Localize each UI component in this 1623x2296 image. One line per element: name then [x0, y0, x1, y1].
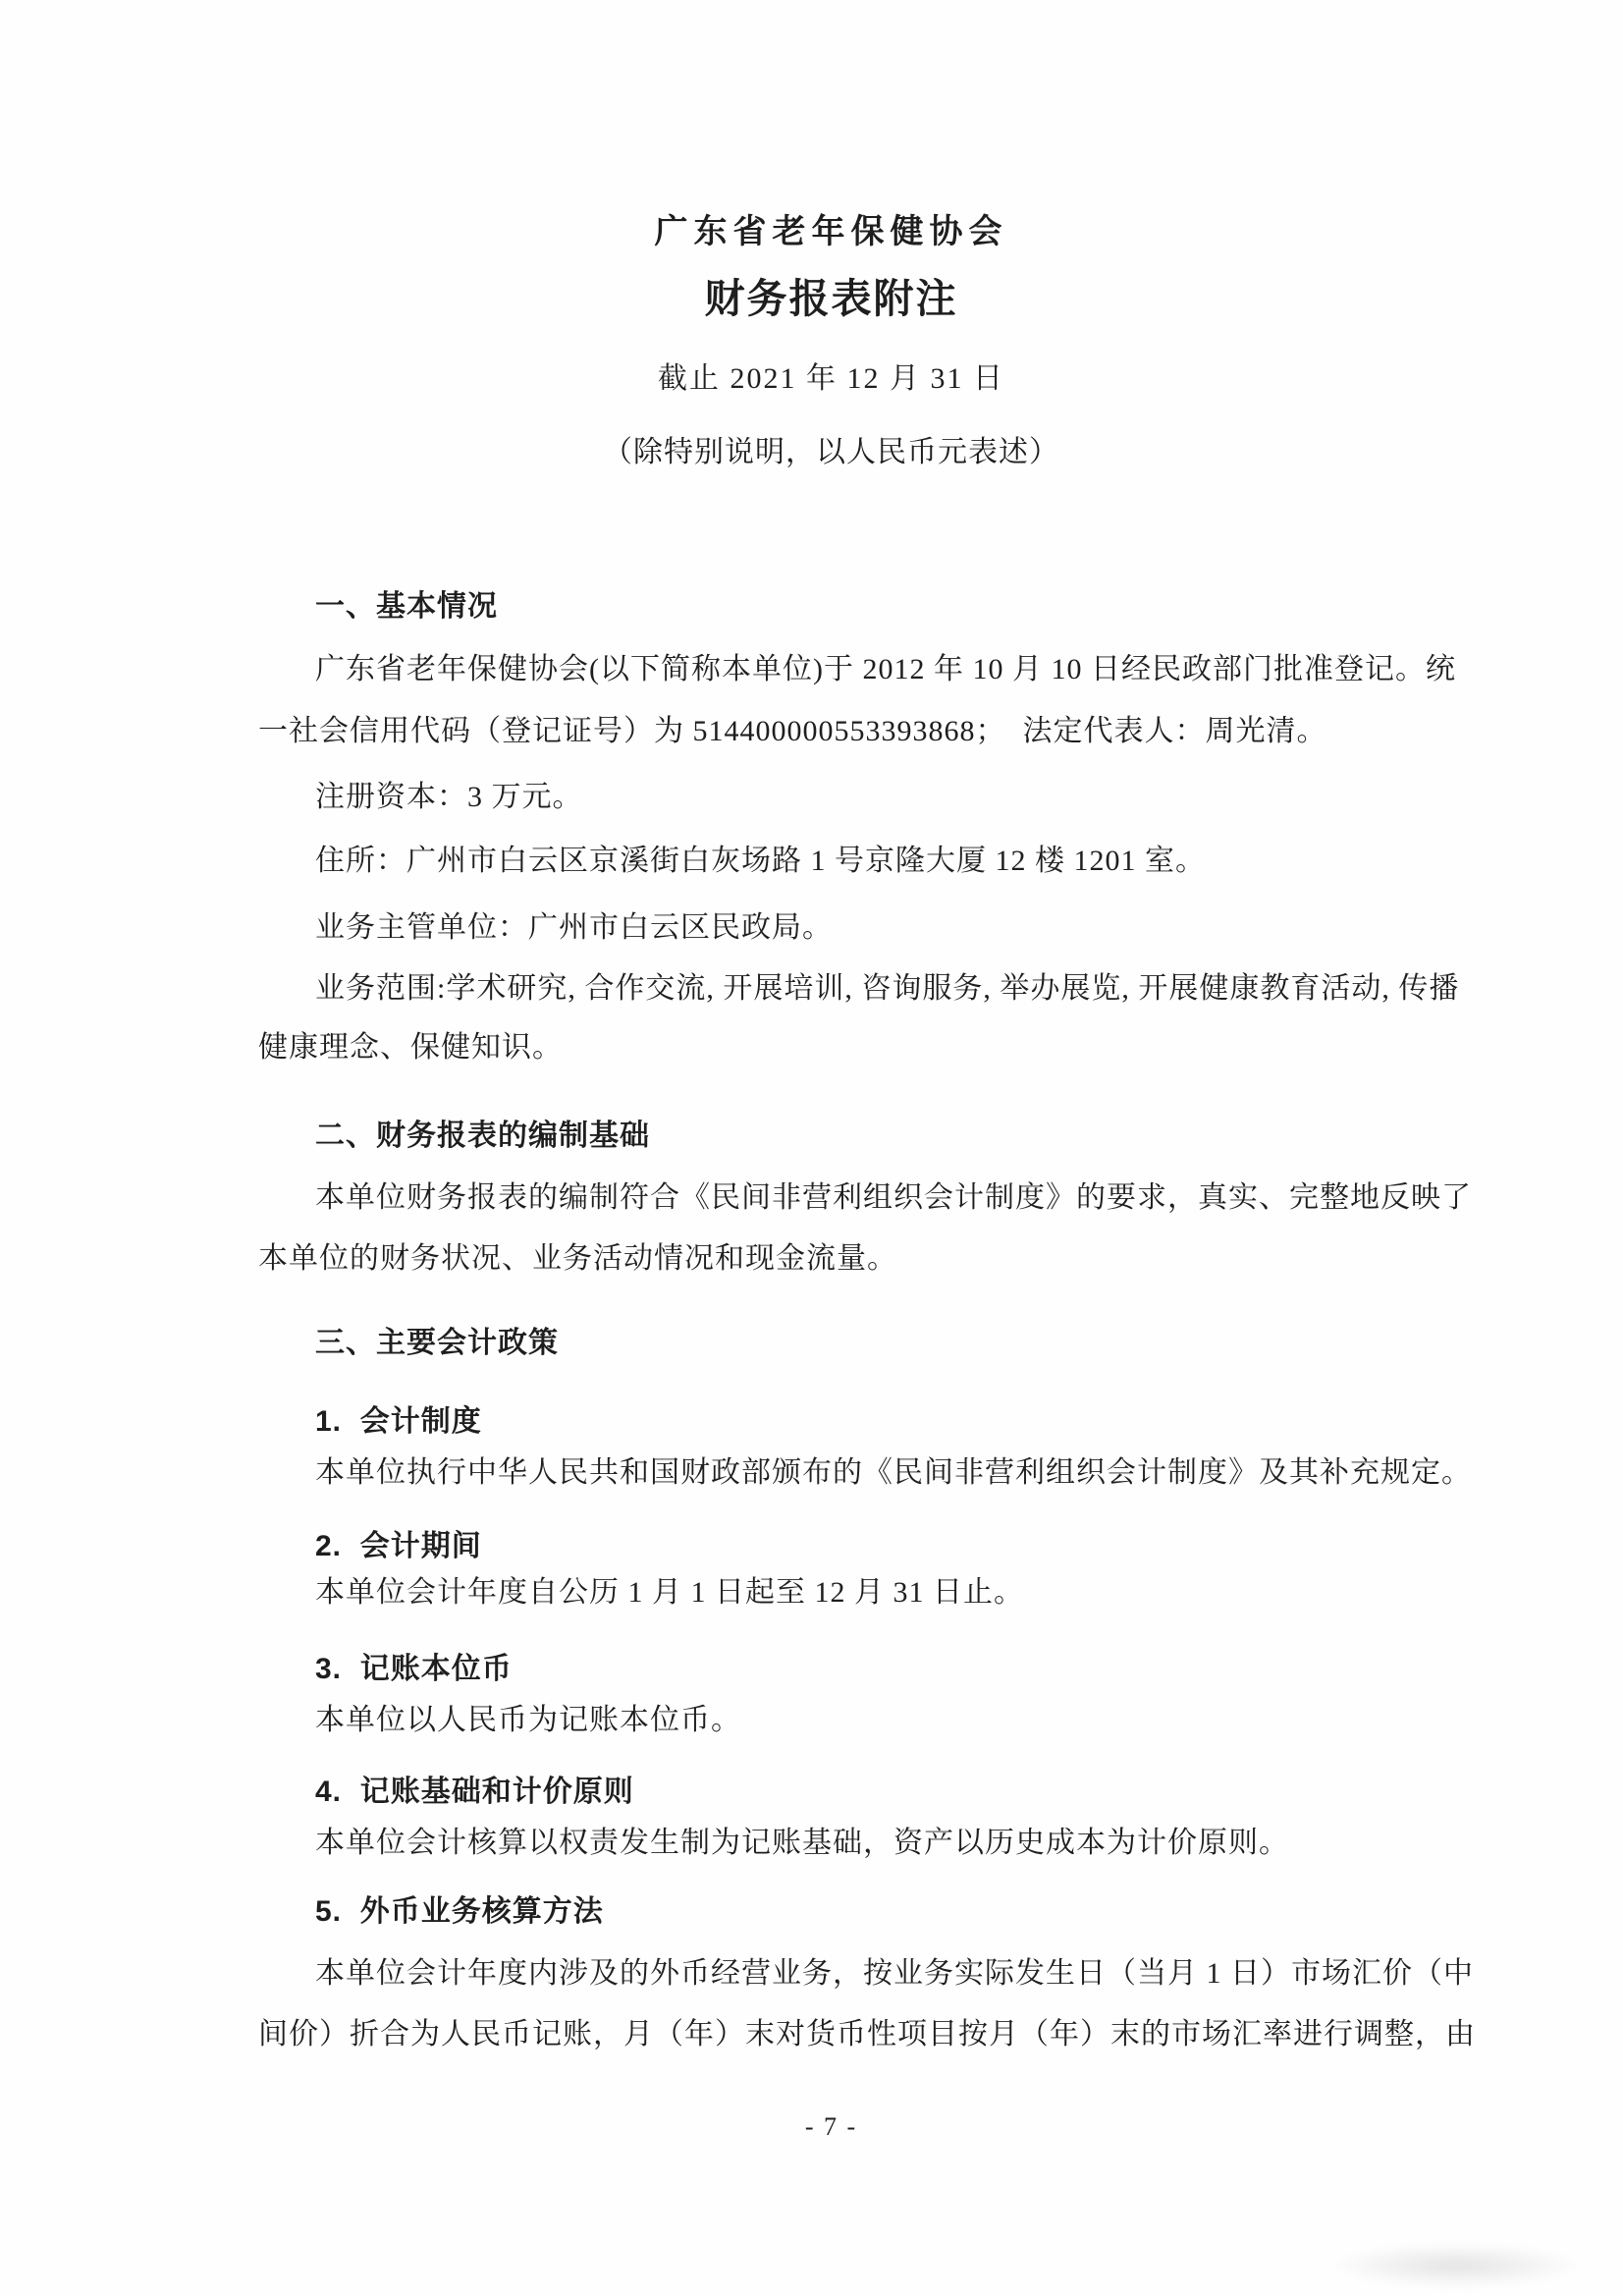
- doc-title: 财务报表附注: [39, 276, 1623, 322]
- preparation-basis-line-2: 本单位的财务状况、业务活动情况和现金流量。: [258, 1242, 897, 1277]
- policy-5-heading: 5. 外币业务核算方法: [315, 1895, 604, 1930]
- basic-info-line-7: 健康理念、保健知识。: [258, 1031, 563, 1066]
- section-preparation-basis-heading: 二、财务报表的编制基础: [315, 1120, 650, 1154]
- scan-artifact: [1328, 2243, 1584, 2288]
- as-of-date: 截止 2021 年 12 月 31 日: [39, 362, 1623, 397]
- basic-info-line-5: 业务主管单位：广州市白云区民政局。: [315, 911, 833, 946]
- currency-note: （除特别说明，以人民币元表述）: [39, 436, 1623, 470]
- policy-3-heading: 3. 记账本位币: [315, 1653, 513, 1687]
- basic-info-line-3: 注册资本：3 万元。: [315, 781, 583, 815]
- policy-2-line-1: 本单位会计年度自公历 1 月 1 日起至 12 月 31 日止。: [315, 1576, 1024, 1611]
- policy-2-heading: 2. 会计期间: [315, 1530, 482, 1564]
- policy-1-line-1: 本单位执行中华人民共和国财政部颁布的《民间非营利组织会计制度》及其补充规定。: [315, 1456, 1472, 1491]
- policy-1-heading: 1. 会计制度: [315, 1405, 482, 1440]
- policy-4-line-1: 本单位会计核算以权责发生制为记账基础，资产以历史成本为计价原则。: [315, 1827, 1289, 1861]
- basic-info-line-6: 业务范围:学术研究, 合作交流, 开展培训, 咨询服务, 举办展览, 开展健康教…: [315, 972, 1459, 1007]
- document-page: 广东省老年保健协会 财务报表附注 截止 2021 年 12 月 31 日 （除特…: [0, 0, 1623, 2296]
- section-basic-info-heading: 一、基本情况: [315, 590, 498, 625]
- basic-info-line-1: 广东省老年保健协会(以下简称本单位)于 2012 年 10 月 10 日经民政部…: [315, 653, 1456, 687]
- basic-info-line-4: 住所：广州市白云区京溪街白灰场路 1 号京隆大厦 12 楼 1201 室。: [315, 845, 1206, 879]
- page-number: - 7 -: [39, 2112, 1623, 2142]
- policy-3-line-1: 本单位以人民币为记账本位币。: [315, 1704, 741, 1738]
- basic-info-line-2: 一社会信用代码（登记证号）为 514400000553393868； 法定代表人…: [258, 715, 1327, 749]
- policy-5-line-2: 间价）折合为人民币记账，月（年）末对货币性项目按月（年）末的市场汇率进行调整，由: [258, 2018, 1476, 2052]
- preparation-basis-line-1: 本单位财务报表的编制符合《民间非营利组织会计制度》的要求，真实、完整地反映了: [315, 1181, 1472, 1216]
- policy-4-heading: 4. 记账基础和计价原则: [315, 1776, 634, 1810]
- org-title: 广东省老年保健协会: [39, 213, 1623, 251]
- section-accounting-policies-heading: 三、主要会计政策: [315, 1327, 559, 1361]
- policy-5-line-1: 本单位会计年度内涉及的外币经营业务，按业务实际发生日（当月 1 日）市场汇价（中: [315, 1957, 1474, 1992]
